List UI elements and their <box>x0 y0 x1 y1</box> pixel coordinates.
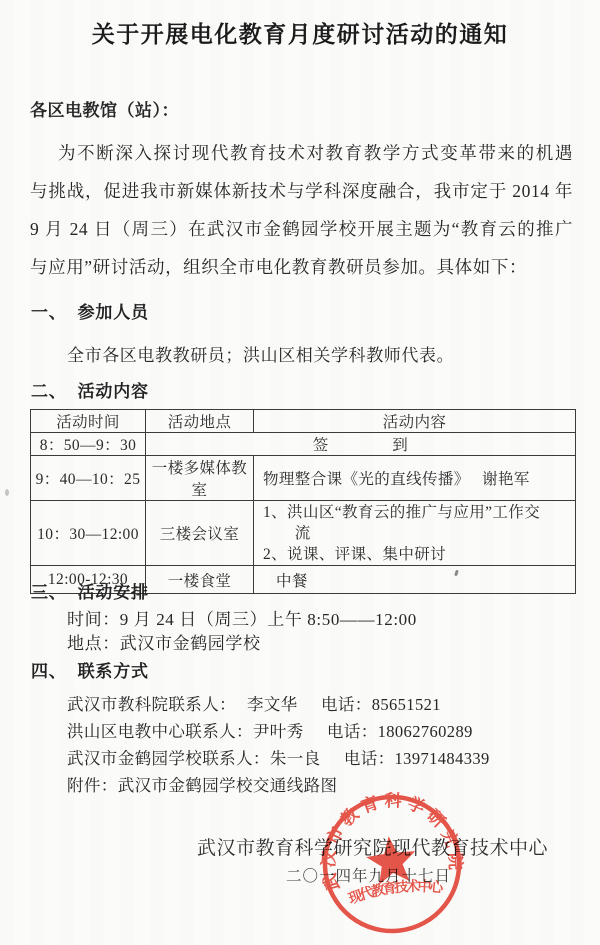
intro-line: 与挑战，促进我市新媒体新技术与学科深度融合，我市定于 2014 年 <box>30 172 573 210</box>
document-title: 关于开展电化教育月度研讨活动的通知 <box>0 16 600 49</box>
activity-schedule-table: 活动时间 活动地点 活动内容 8：50—9：30 签 到 9：40—10：25 … <box>30 409 576 594</box>
contact-label: 武汉市金鹤园学校联系人： <box>67 745 270 772</box>
participants-text: 全市各区电教教研员；洪山区相关学科教师代表。 <box>67 341 454 366</box>
contact-label: 武汉市教科院联系人： <box>67 691 247 718</box>
contact-name: 尹叶秀 <box>253 718 327 745</box>
column-header-time: 活动时间 <box>31 410 146 433</box>
official-seal-stamp: 武汉市教育科学研究院 现代教育技术中心 <box>307 779 476 945</box>
column-header-content: 活动内容 <box>254 410 576 433</box>
contact-row: 武汉市金鹤园学校联系人： 朱一良 电话： 13971484339 <box>67 745 490 772</box>
cell-content: 物理整合课《光的直线传播》 谢艳军 <box>254 456 576 501</box>
cell-place: 三楼会议室 <box>146 501 254 566</box>
phone-number: 18062760289 <box>378 718 473 745</box>
section-number: 四、 <box>31 657 67 682</box>
section-number: 一、 <box>31 298 67 323</box>
table-row: 10：30—12:00 三楼会议室 1、洪山区“教育云的推广与应用”工作交 流 … <box>31 501 576 566</box>
seal-center-text: 现代教育技术中心 <box>345 873 447 908</box>
cell-time: 9：40—10：25 <box>31 456 146 501</box>
intro-line: 9 月 24 日（周三）在武汉市金鹤园学校开展主题为“教育云的推广 <box>30 210 573 248</box>
phone-number: 13971484339 <box>395 745 490 772</box>
section-heading-activity-content: 二、活动内容 <box>31 377 149 402</box>
cell-time: 8：50—9：30 <box>31 433 146 456</box>
intro-line: 为不断深入探讨现代教育技术对教育教学方式变革带来的机遇 <box>30 134 573 172</box>
section-number: 二、 <box>31 377 67 402</box>
contact-name: 李文华 <box>247 691 321 718</box>
column-header-place: 活动地点 <box>146 410 254 433</box>
table-row: 8：50—9：30 签 到 <box>31 433 576 456</box>
cell-place: 一楼多媒体教室 <box>146 456 254 501</box>
section-number: 三、 <box>31 578 67 603</box>
scan-artifact <box>5 489 9 496</box>
section-title: 联系方式 <box>78 662 149 681</box>
cell-place: 一楼食堂 <box>146 566 254 594</box>
arrangement-time: 时间：9 月 24 日（周三）上午 8:50——12:00 <box>67 605 417 630</box>
contact-row: 武汉市教科院联系人： 李文华 电话： 85651521 <box>67 691 490 718</box>
phone-number: 85651521 <box>372 691 441 718</box>
arrangement-place: 地点：武汉市金鹤园学校 <box>67 629 261 654</box>
section-heading-participants: 一、参加人员 <box>31 298 149 323</box>
contact-label: 洪山区电教中心联系人： <box>67 718 253 745</box>
intro-line: 与应用”研讨活动，组织全市电化教育教研员参加。具体如下： <box>30 248 573 286</box>
section-title: 参加人员 <box>78 303 149 322</box>
table-header-row: 活动时间 活动地点 活动内容 <box>31 410 576 433</box>
cell-content: 1、洪山区“教育云的推广与应用”工作交 流 2、说课、评课、集中研讨 <box>254 501 576 566</box>
phone-label: 电话： <box>327 718 378 745</box>
section-title: 活动内容 <box>78 382 149 401</box>
contact-row: 洪山区电教中心联系人： 尹叶秀 电话： 18062760289 <box>67 718 490 745</box>
phone-label: 电话： <box>321 691 372 718</box>
document-page: 关于开展电化教育月度研讨活动的通知 各区电教馆（站）： 为不断深入探讨现代教育技… <box>0 0 600 945</box>
cell-time: 10：30—12:00 <box>31 501 146 566</box>
cell-signin: 签 到 <box>146 433 576 456</box>
contact-name: 朱一良 <box>270 745 344 772</box>
section-heading-arrangement: 三、活动安排 <box>31 578 149 603</box>
attachment-text: 附件：武汉市金鹤园学校交通线路图 <box>67 772 337 799</box>
section-title: 活动安排 <box>78 583 149 602</box>
phone-label: 电话： <box>344 745 395 772</box>
intro-paragraph: 为不断深入探讨现代教育技术对教育教学方式变革带来的机遇 与挑战，促进我市新媒体新… <box>30 134 573 286</box>
table-row: 9：40—10：25 一楼多媒体教室 物理整合课《光的直线传播》 谢艳军 <box>31 456 576 501</box>
star-icon <box>364 833 419 886</box>
section-heading-contacts: 四、联系方式 <box>31 657 149 682</box>
cell-content: 中餐 <box>254 566 576 594</box>
salutation: 各区电教馆（站）： <box>30 96 179 121</box>
